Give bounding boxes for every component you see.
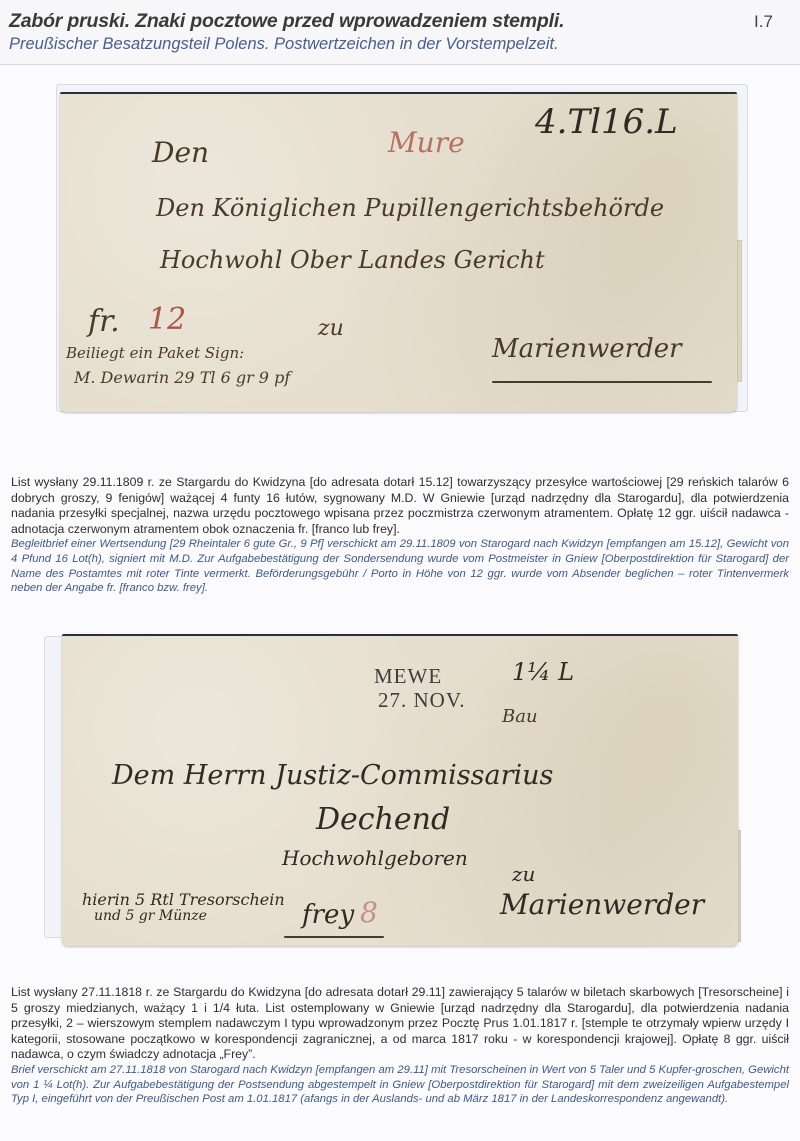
description-polish: List wysłany 29.11.1809 r. ze Stargardu … [11, 475, 789, 537]
rate-mark: 4.Tl16.L [535, 102, 678, 142]
page-title-german: Preußischer Besatzungsteil Polens. Postw… [9, 35, 559, 54]
addressee-line-3: Hochwohlgeboren [282, 846, 468, 870]
postmark-line-1: MEWE [374, 664, 442, 689]
destination: Marienwerder [500, 888, 704, 921]
addressee-line-3: Hochwohl Ober Landes Gericht [160, 246, 545, 274]
letter-1-description: List wysłany 29.11.1809 r. ze Stargardu … [11, 475, 789, 596]
addressee-name: Dechend [316, 802, 450, 837]
letter-2-description: List wysłany 27.11.1818 r. ze Stargardu … [11, 985, 789, 1107]
red-fee-annotation: 12 [148, 302, 186, 337]
to-prefix: zu [318, 316, 344, 341]
addressee-line-2: Den Königlichen Pupillengerichtsbehörde [156, 194, 664, 222]
page-header: Zabór pruski. Znaki pocztowe przed wprow… [0, 0, 800, 65]
sender-note-line-1: Beiliegt ein Paket Sign: [66, 344, 244, 362]
addressee-line-1: Dem Herrn Justiz-Commissarius [112, 760, 553, 791]
description-german: Brief verschickt am 27.11.1818 von Staro… [11, 1063, 789, 1107]
red-post-office-annotation: Mure [388, 126, 465, 159]
sender-note-line-2: M. Dewarin 29 Tl 6 gr 9 pf [74, 368, 290, 387]
destination-underline [492, 381, 712, 383]
page-title-polish: Zabór pruski. Znaki pocztowe przed wprow… [9, 10, 564, 33]
franco-mark: fr. [88, 304, 120, 339]
contents-note-line-1: hierin 5 Rtl Tresorschein [82, 890, 285, 909]
postmark-line-2: 27. NOV. [378, 688, 466, 713]
page-number: I.7 [754, 12, 773, 32]
destination: Marienwerder [492, 334, 682, 364]
addressee-line-1: Den [152, 136, 209, 169]
to-prefix: zu [512, 862, 535, 886]
sender-small-mark: Bau [502, 706, 538, 727]
weight-mark: 1¼ L [512, 658, 574, 686]
contents-note-line-2: und 5 gr Münze [94, 908, 207, 924]
frey-underline [284, 936, 384, 938]
description-polish: List wysłany 27.11.1818 r. ze Stargardu … [11, 985, 789, 1063]
letter-1-envelope: 4.Tl16.L Mure Den Den Königlichen Pupill… [60, 92, 737, 412]
description-german: Begleitbrief einer Wertsendung [29 Rhein… [11, 537, 789, 595]
frey-mark: frey [302, 900, 354, 930]
letter-2-envelope: MEWE 27. NOV. 1¼ L Bau Dem Herrn Justiz-… [62, 634, 738, 946]
red-fee-annotation: 8 [360, 896, 378, 929]
